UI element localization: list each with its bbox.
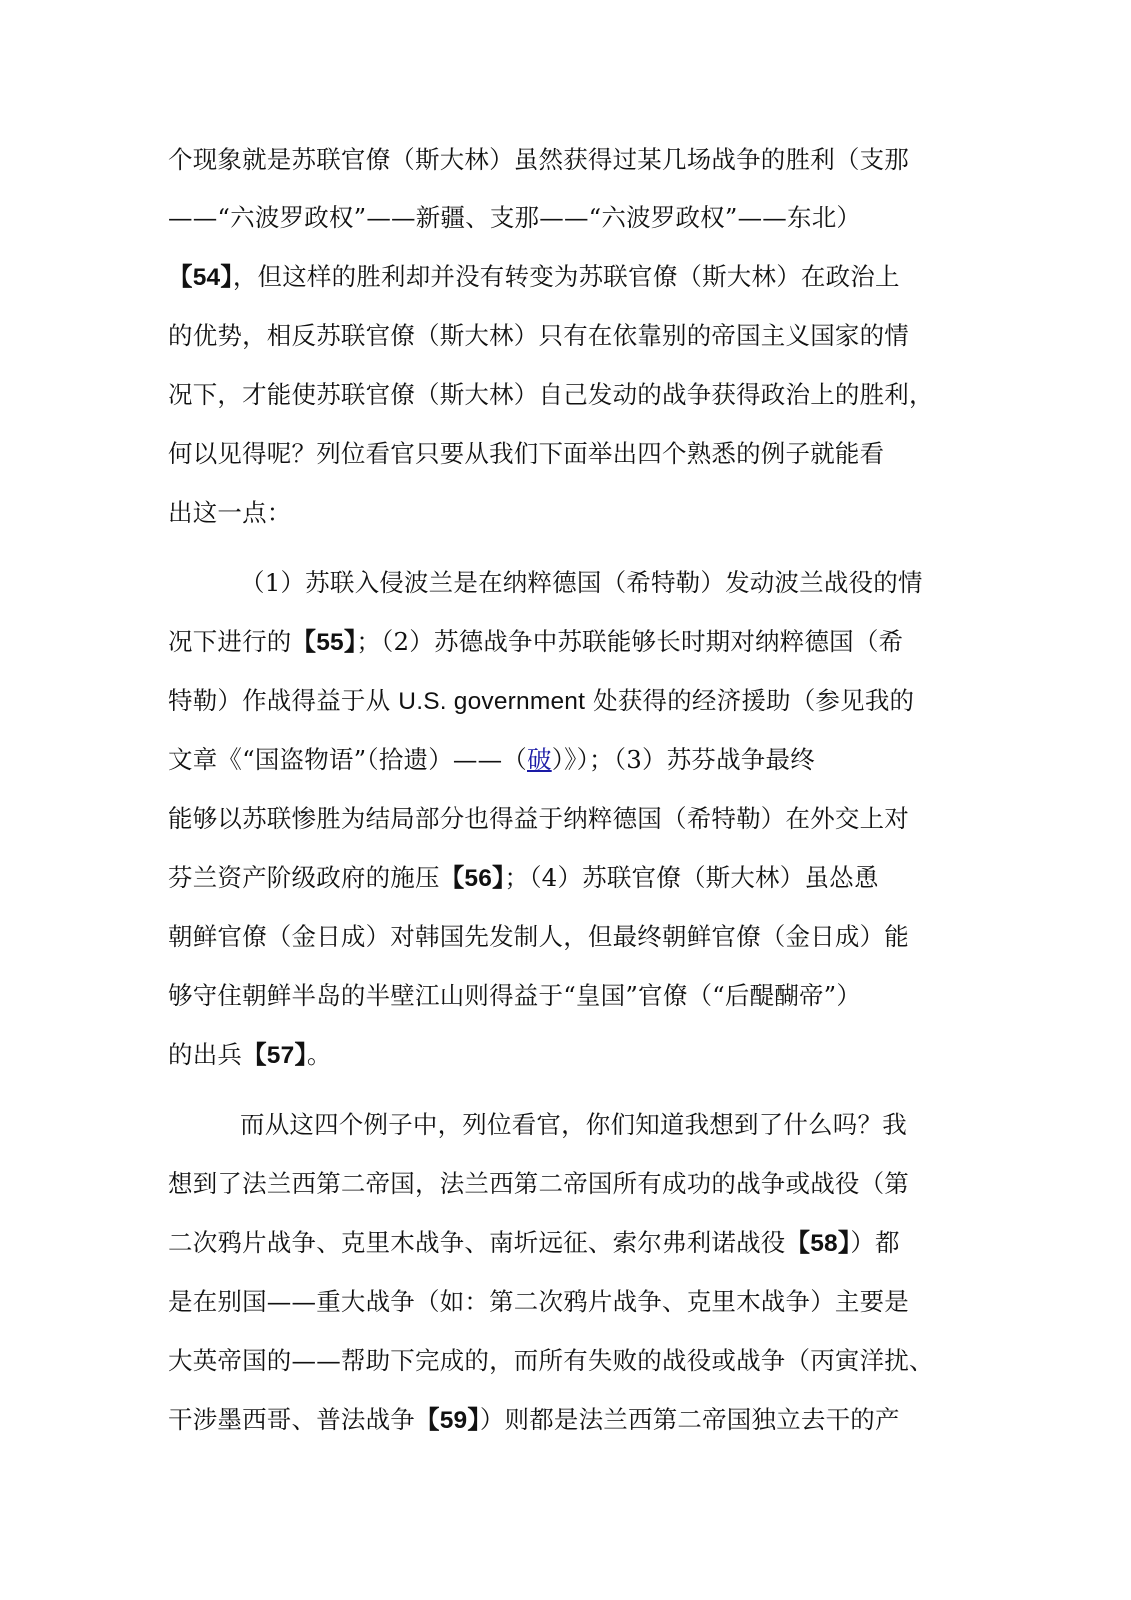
text-line: 况下，才能使苏联官僚（斯大林）自己发动的战争获得政治上的胜利， xyxy=(168,375,934,415)
footnote-ref-54[interactable]: 【54】 xyxy=(168,264,233,291)
text-line: 文章《“国盗物语”（拾遗）——（破）》）；（3）苏芬战争最终 xyxy=(168,740,815,780)
text-span: ，但这样的胜利却并没有转变为苏联官僚（斯大林）在政治上 xyxy=(233,262,900,291)
text-span: ）则都是法兰西第二帝国独立去干的产 xyxy=(480,1405,900,1434)
text-span: 处获得的经济援助（参见我的 xyxy=(585,686,914,715)
text-span: 干涉墨西哥、普法战争 xyxy=(168,1405,415,1434)
text-line: 是在别国——重大战争（如：第二次鸦片战争、克里木战争）主要是 xyxy=(168,1282,909,1322)
text-line: ——“六波罗政权”——新疆、支那——“六波罗政权”——东北） xyxy=(168,198,861,238)
text-line: 芬兰资产阶级政府的施压【56】；（4）苏联官僚（斯大林）虽怂恿 xyxy=(168,858,879,898)
text-span: ；（2）苏德战争中苏联能够长时期对纳粹德国（希 xyxy=(356,627,903,656)
text-line: 的优势，相反苏联官僚（斯大林）只有在依靠别的帝国主义国家的情 xyxy=(168,316,909,356)
text-line: 出这一点： xyxy=(168,493,292,533)
text-span: ）都 xyxy=(850,1228,899,1257)
text-line: 的出兵【57】。 xyxy=(168,1035,332,1075)
text-line: 况下进行的【55】；（2）苏德战争中苏联能够长时期对纳粹德国（希 xyxy=(168,622,903,662)
text-line: 想到了法兰西第二帝国，法兰西第二帝国所有成功的战争或战役（第 xyxy=(168,1164,909,1204)
footnote-ref-55[interactable]: 【55】 xyxy=(292,629,357,656)
text-span: 。 xyxy=(307,1040,332,1069)
text-span: 特勒）作战得益于从 xyxy=(168,686,398,715)
text-line: 够守住朝鲜半岛的半壁江山则得益于“皇国”官僚（“后醍醐帝”） xyxy=(168,976,861,1016)
text-span: 芬兰资产阶级政府的施压 xyxy=(168,863,440,892)
text-span: ）》）；（3）苏芬战争最终 xyxy=(552,745,815,774)
text-line: （1）苏联入侵波兰是在纳粹德国（希特勒）发动波兰战役的情 xyxy=(168,563,923,603)
text-line: 二次鸦片战争、克里木战争、南圻远征、索尔弗利诺战役【58】）都 xyxy=(168,1223,900,1263)
text-line: 个现象就是苏联官僚（斯大林）虽然获得过某几场战争的胜利（支那 xyxy=(168,140,909,180)
text-line: 特勒）作战得益于从 U.S. government 处获得的经济援助（参见我的 xyxy=(168,681,914,721)
footnote-ref-57[interactable]: 【57】 xyxy=(242,1042,307,1069)
text-line: 何以见得呢？列位看官只要从我们下面举出四个熟悉的例子就能看 xyxy=(168,434,884,474)
footnote-ref-58[interactable]: 【58】 xyxy=(786,1230,851,1257)
text-span: 文章《“国盗物语”（拾遗）——（ xyxy=(168,745,527,774)
footnote-ref-59[interactable]: 【59】 xyxy=(415,1407,480,1434)
text-line: 朝鲜官僚（金日成）对韩国先发制人，但最终朝鲜官僚（金日成）能 xyxy=(168,917,909,957)
text-line: 干涉墨西哥、普法战争【59】）则都是法兰西第二帝国独立去干的产 xyxy=(168,1400,900,1440)
article-link[interactable]: 破 xyxy=(527,745,552,774)
text-line: 能够以苏联惨胜为结局部分也得益于纳粹德国（希特勒）在外交上对 xyxy=(168,799,909,839)
footnote-ref-56[interactable]: 【56】 xyxy=(440,865,505,892)
text-span: 的出兵 xyxy=(168,1040,242,1069)
text-span: 况下进行的 xyxy=(168,627,292,656)
text-line: 大英帝国的——帮助下完成的，而所有失败的战役或战争（丙寅洋扰、 xyxy=(168,1341,934,1381)
text-span: ；（4）苏联官僚（斯大林）虽怂恿 xyxy=(505,863,879,892)
text-span: 二次鸦片战争、克里木战争、南圻远征、索尔弗利诺战役 xyxy=(168,1228,786,1257)
text-line: 【54】，但这样的胜利却并没有转变为苏联官僚（斯大林）在政治上 xyxy=(168,257,900,297)
latin-text: U.S. government xyxy=(398,688,585,715)
text-line: 而从这四个例子中，列位看官，你们知道我想到了什么吗？我 xyxy=(168,1105,907,1145)
